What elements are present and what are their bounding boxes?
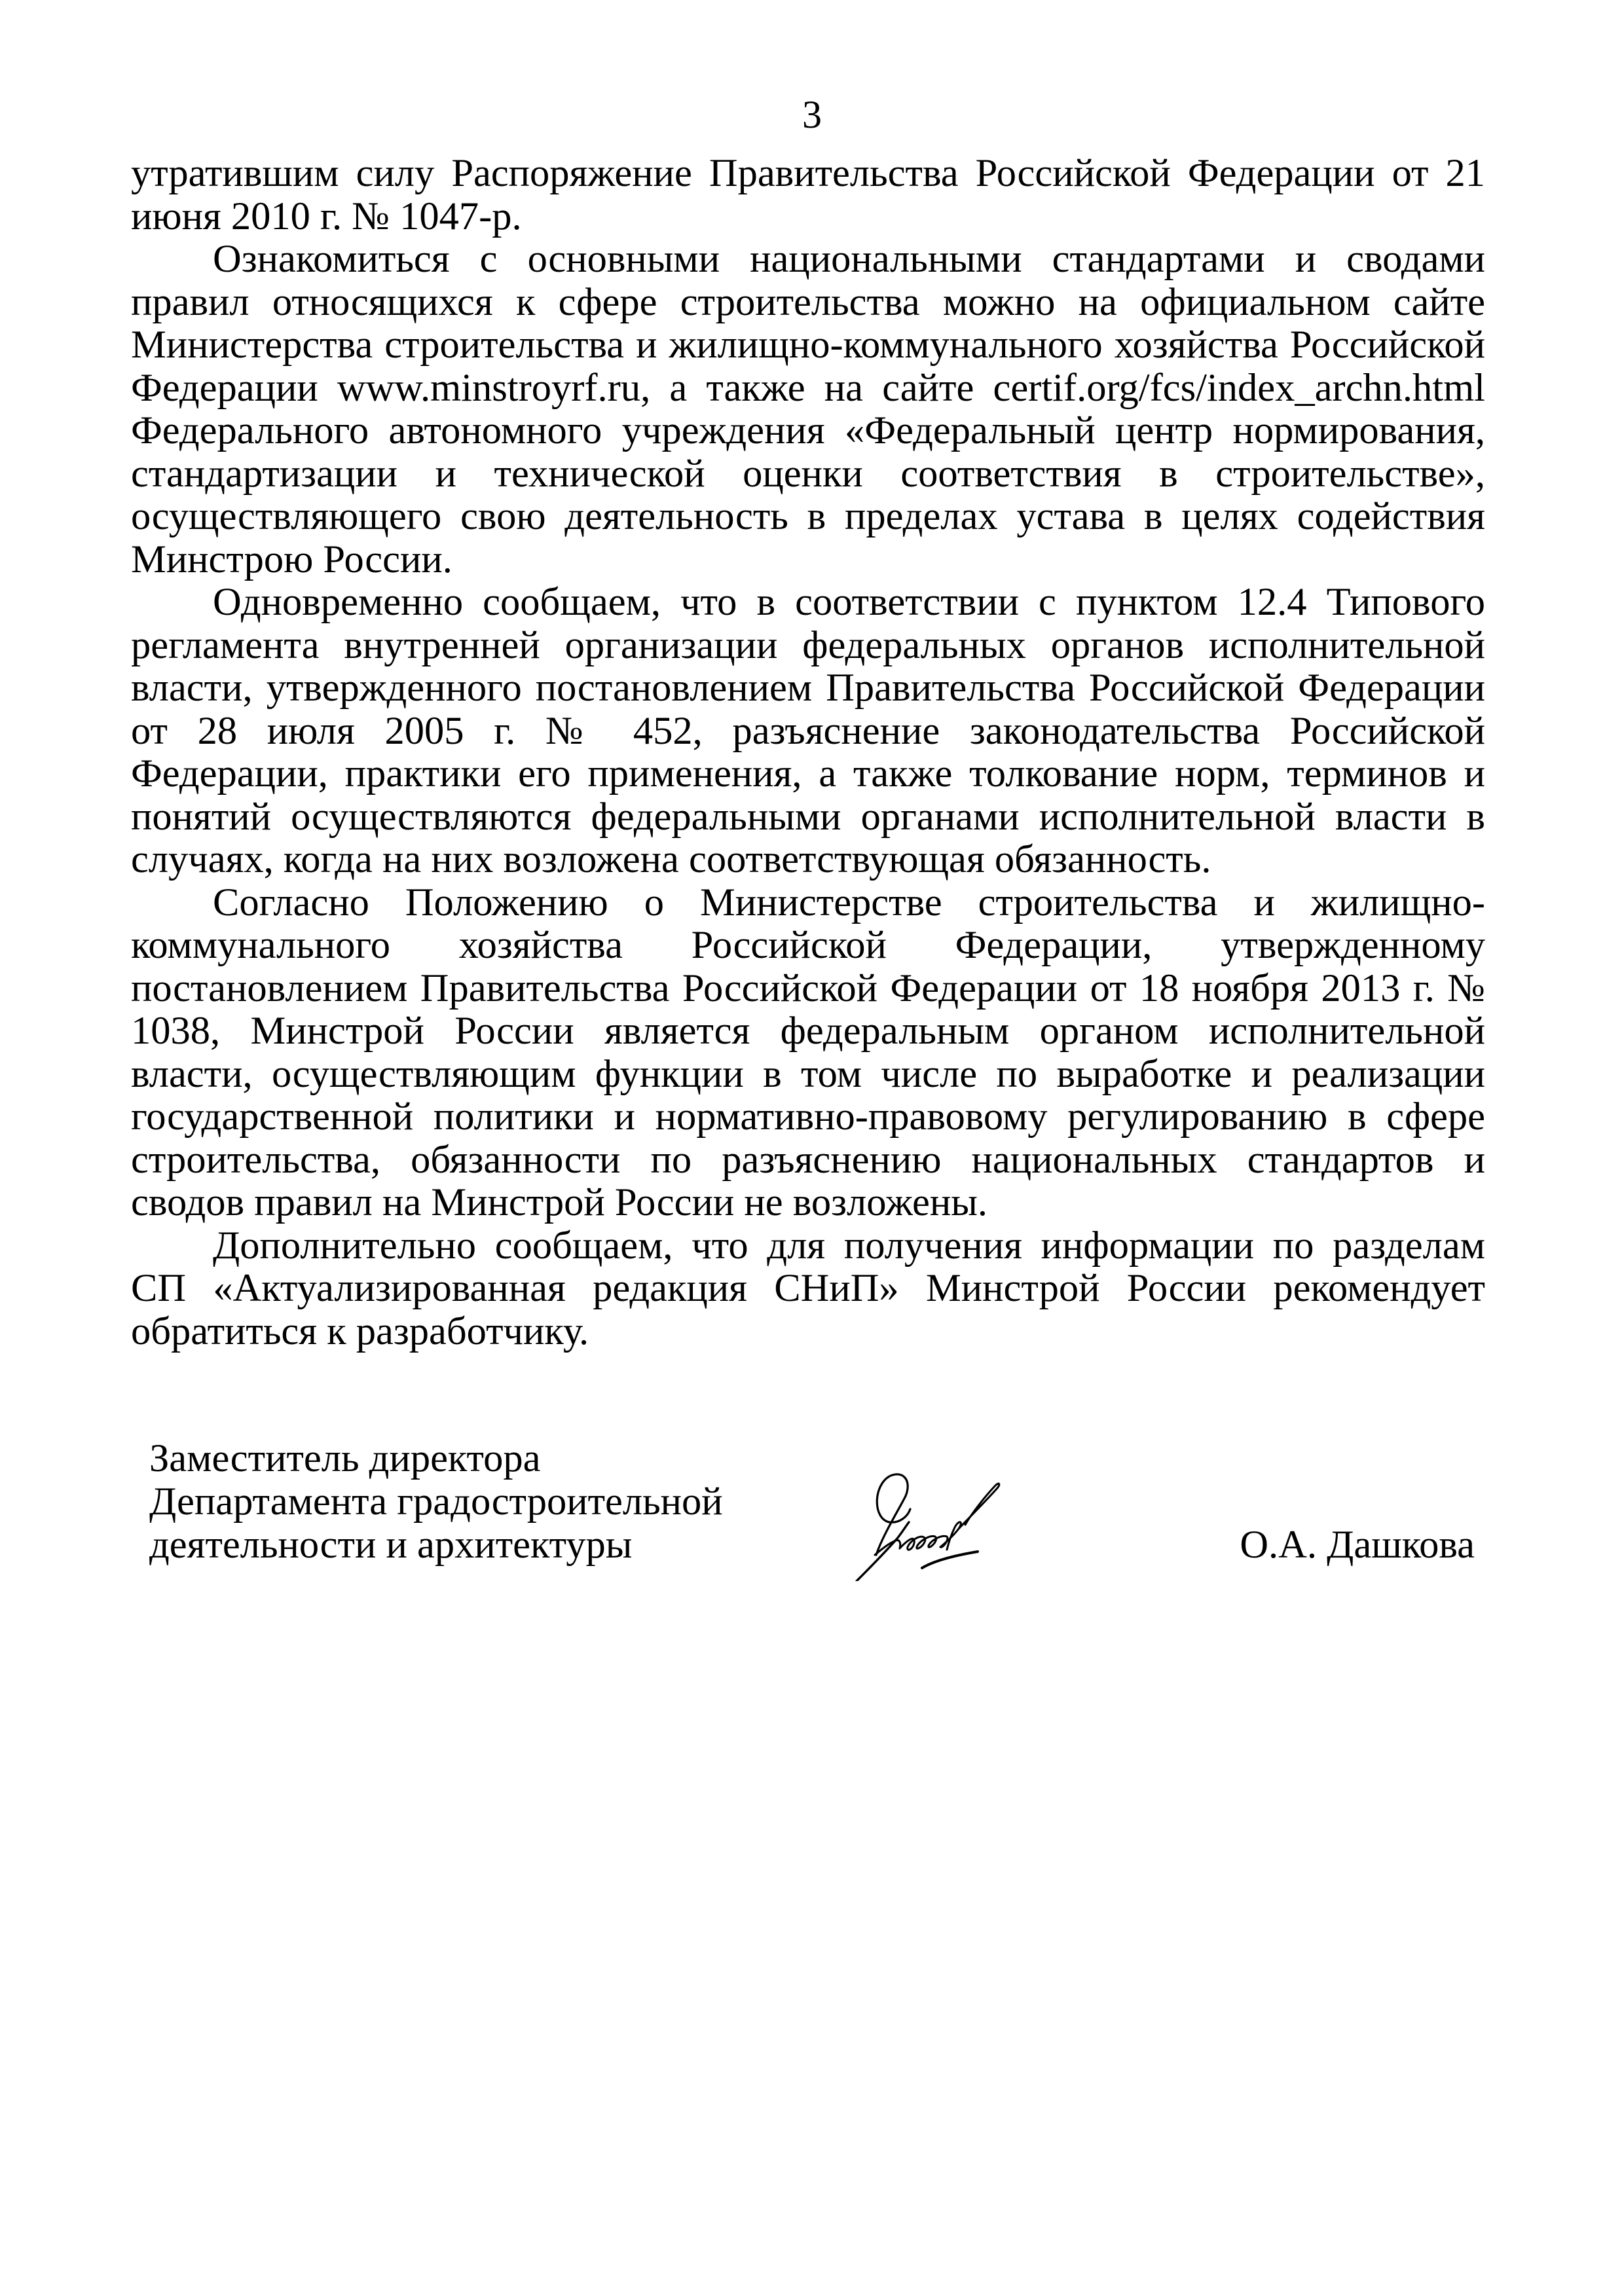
signatory-title-line: деятельности и архитектуры <box>149 1523 739 1567</box>
paragraph-developer-referral: Дополнительно сообщаем, что для получени… <box>131 1224 1485 1353</box>
handwritten-signature-icon <box>837 1457 1033 1581</box>
paragraph-continuation: утратившим силу Распоряжение Правительст… <box>131 152 1485 238</box>
signatory-name: О.А. Дашкова <box>1240 1523 1475 1567</box>
paragraph-regulation-clause: Одновременно сообщаем, что в соответстви… <box>131 581 1485 881</box>
signatory-title: Заместитель директора Департамента градо… <box>149 1437 739 1567</box>
signatory-title-line: Департамента градостроительной <box>149 1480 739 1523</box>
signature-block: Заместитель директора Департамента градо… <box>149 1437 1485 1594</box>
paragraph-ministry-position: Согласно Положению о Министерстве строит… <box>131 881 1485 1224</box>
paragraph-standards-info: Ознакомиться с основными национальными с… <box>131 238 1485 581</box>
signatory-title-line: Заместитель директора <box>149 1437 739 1480</box>
page-number: 3 <box>0 92 1624 137</box>
letter-body: утратившим силу Распоряжение Правительст… <box>131 152 1485 1353</box>
